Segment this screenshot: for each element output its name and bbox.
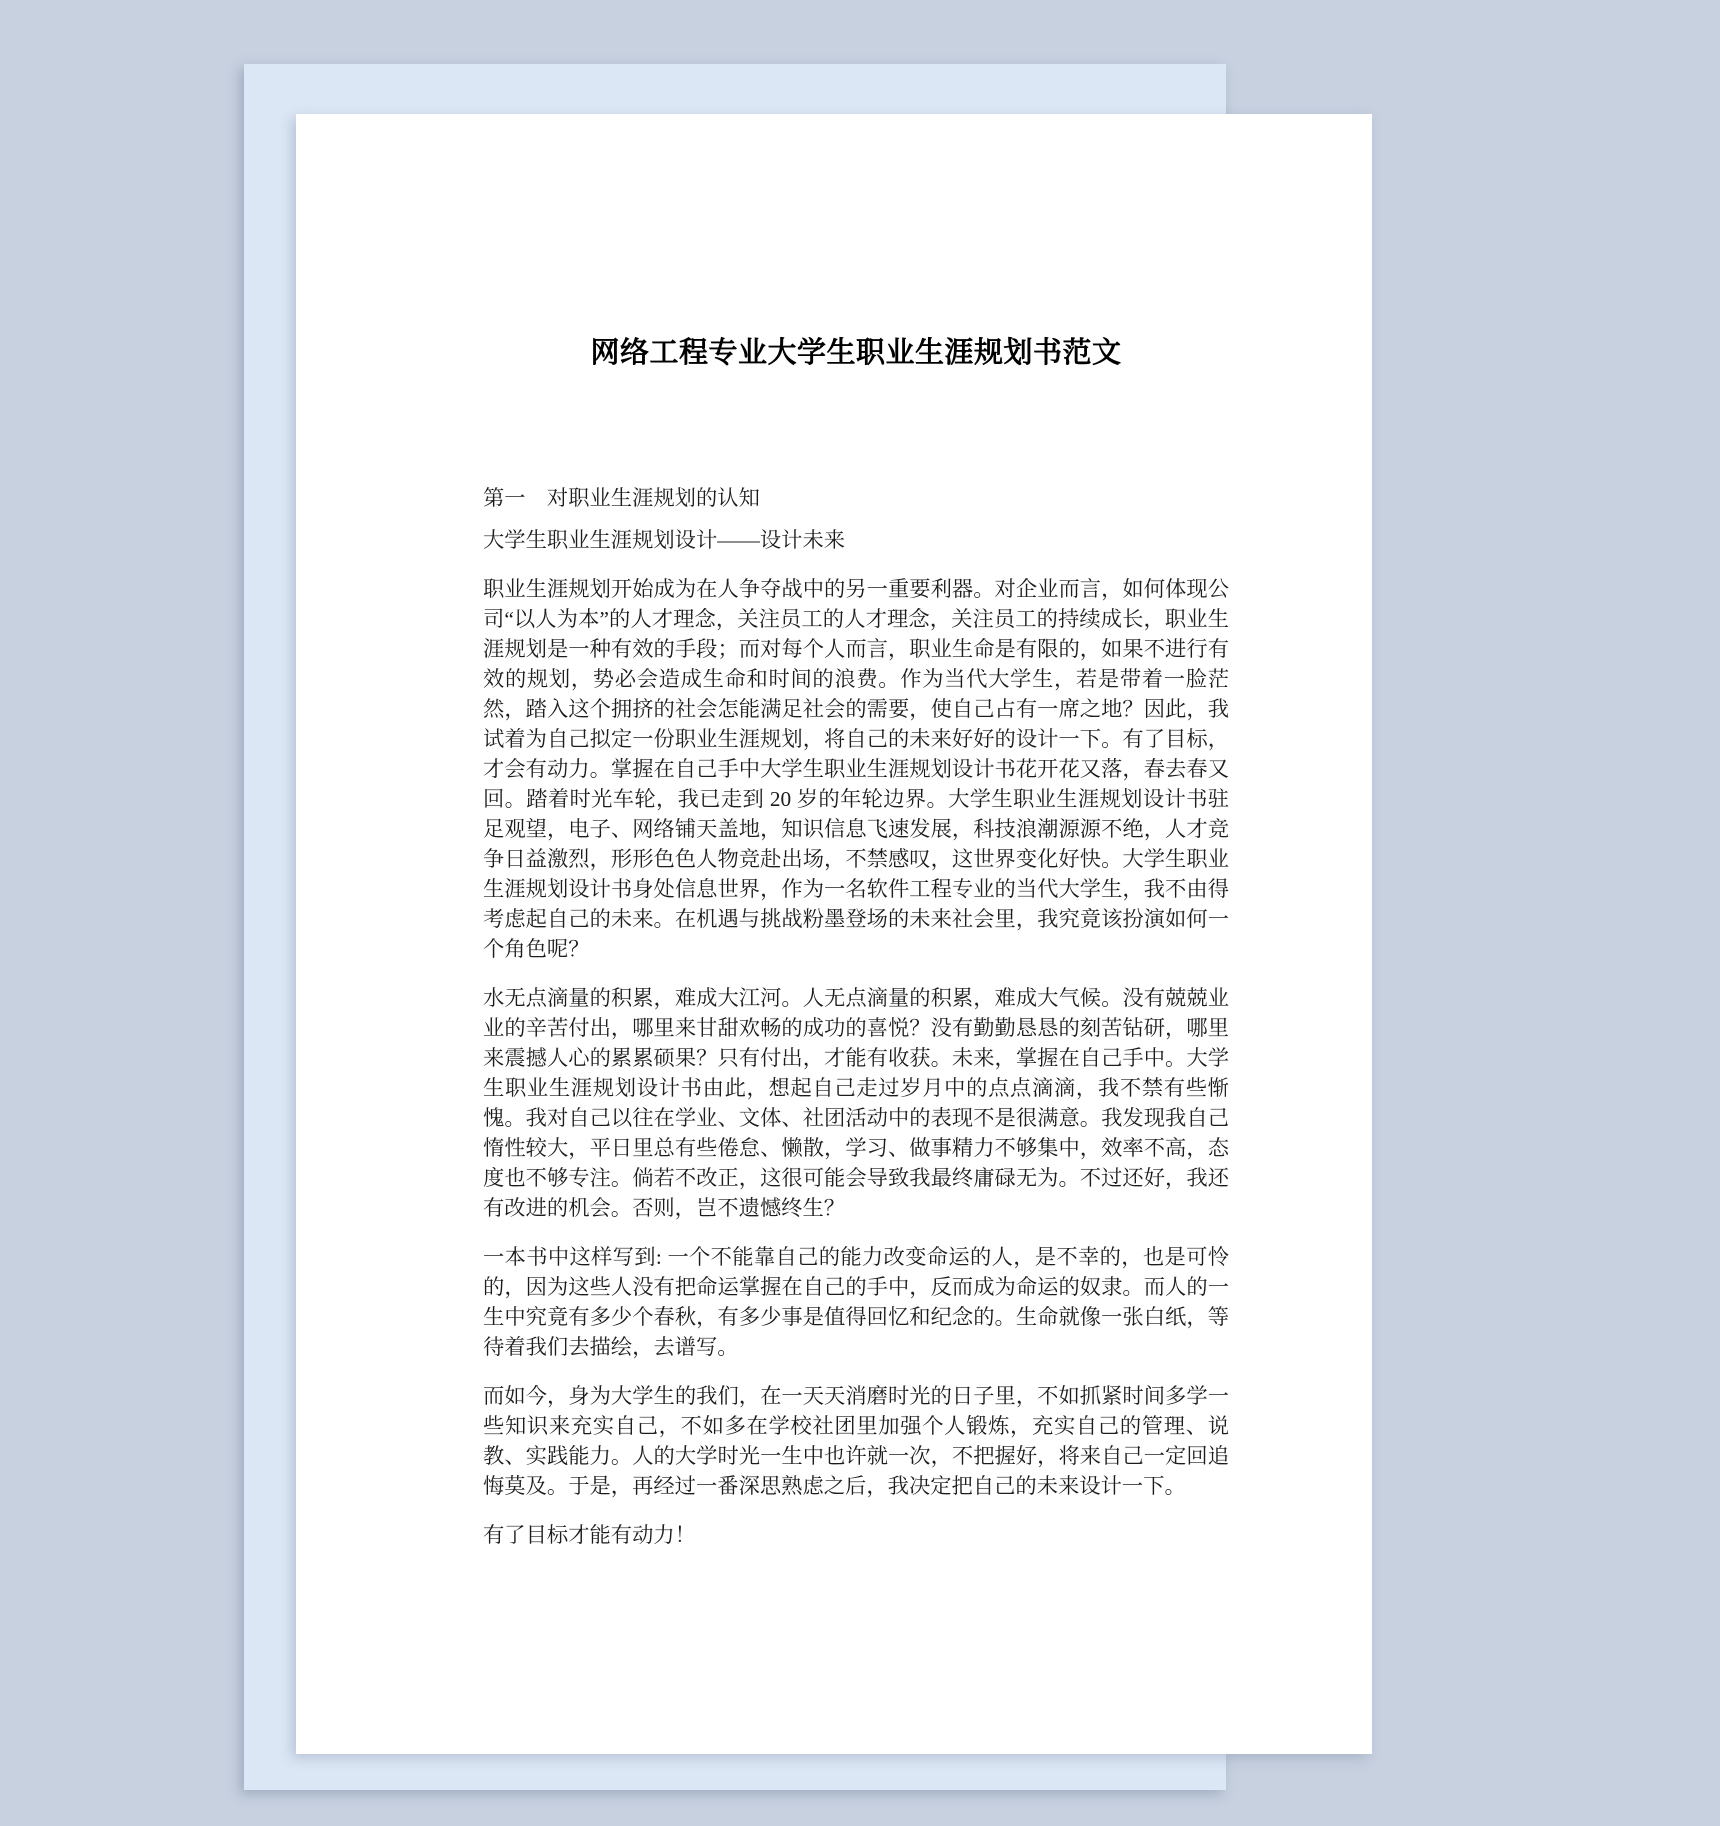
paragraph: 而如今，身为大学生的我们，在一天天消磨时光的日子里，不如抓紧时间多学一些知识来充… [483,1381,1229,1501]
section-heading: 第一 对职业生涯规划的认知 [483,483,1229,513]
document-background: 网络工程专业大学生职业生涯规划书范文 第一 对职业生涯规划的认知 大学生职业生涯… [0,0,1720,1826]
paragraph: 职业生涯规划开始成为在人争夺战中的另一重要利器。对企业而言，如何体现公司“以人为… [483,574,1229,964]
subheading: 大学生职业生涯规划设计——设计未来 [483,525,1229,555]
paragraph: 有了目标才能有动力！ [483,1520,1229,1550]
document-page: 网络工程专业大学生职业生涯规划书范文 第一 对职业生涯规划的认知 大学生职业生涯… [296,114,1372,1754]
paragraph: 水无点滴量的积累，难成大江河。人无点滴量的积累，难成大气候。没有兢兢业业的辛苦付… [483,983,1229,1223]
document-title: 网络工程专业大学生职业生涯规划书范文 [483,335,1229,371]
paragraph: 一本书中这样写到: 一个不能靠自己的能力改变命运的人，是不幸的，也是可怜的，因为… [483,1242,1229,1362]
